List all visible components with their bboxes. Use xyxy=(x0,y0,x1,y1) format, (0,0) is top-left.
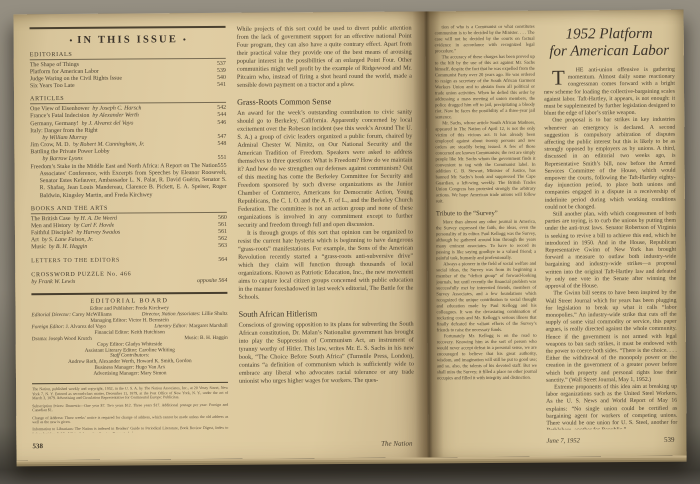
toc-item-page: 544 xyxy=(213,112,226,119)
toc-section-header-books: BOOKS AND THE ARTS xyxy=(31,204,227,213)
toc-item: Six Years Too Late541 xyxy=(30,82,226,90)
masthead-label: Foreign Editor: xyxy=(32,324,65,330)
editorial-subhead: Tribute to the “Survey” xyxy=(436,210,536,218)
page-number: 538 xyxy=(32,442,43,450)
toc-item-page: 541 xyxy=(213,82,226,89)
publication-name-footer: The Nation xyxy=(381,440,412,448)
toc-item-page: 546 xyxy=(213,119,226,126)
toc-item-page: 561 xyxy=(214,229,227,236)
publisher-fine-print: The Nation, published weekly and copyrig… xyxy=(32,382,228,433)
right-page-columns: tion of who is a Communist or what const… xyxy=(425,10,686,431)
crossword-page: opposite 564 xyxy=(197,278,227,285)
editorial-board-title: EDITORIAL BOARD xyxy=(31,297,227,305)
toc-item-page: 548 xyxy=(213,141,226,148)
editorial-subhead: South African Hitlerism xyxy=(239,309,414,319)
drop-cap: T xyxy=(544,67,568,85)
toc-item-page: 561 xyxy=(214,222,227,229)
feature-article-column: 1952 Platform for American Labor THE ant… xyxy=(544,23,678,430)
toc-title-text: IN THIS ISSUE xyxy=(77,34,178,46)
toc-item-page: 547 xyxy=(213,134,226,141)
toc-title: • IN THIS ISSUE • xyxy=(30,34,226,46)
toc-item: Musicby B. H. Haggin563 xyxy=(31,243,227,251)
in-this-issue-box: • IN THIS ISSUE • EDITORIALS The Shape o… xyxy=(30,26,228,287)
masthead-left: Drama: Joseph Wood Krutch xyxy=(32,336,92,342)
toc-item-page: 539 xyxy=(213,68,226,75)
body-paragraph: The accuracy of these charges has been p… xyxy=(435,54,535,121)
fine-print-paragraph: Subscription Prices: Domestic—One year $… xyxy=(32,402,228,413)
toc-item-title: Judge Waring on the Civil Rights Issue xyxy=(30,76,122,84)
body-paragraph: Mr. Sachs, whose article South African M… xyxy=(435,120,536,205)
editorial-board-box: EDITORIAL BOARD Editor and Publisher: Fr… xyxy=(31,292,228,378)
decorative-bullet: • xyxy=(183,35,186,44)
masthead-label: Literary Editor: xyxy=(154,323,187,329)
toc-item-page: 551 xyxy=(214,155,227,162)
left-page-footer: 538 The Nation xyxy=(32,440,412,451)
masthead-name: Margaret Marshall xyxy=(189,323,228,329)
toc-item-letters: LETTERS TO THE EDITORS564 xyxy=(31,257,227,265)
toc-item-conference-report: 555Freedom’s Stake in the Middle East an… xyxy=(30,163,226,200)
article-title-line2: for American Labor xyxy=(549,42,669,59)
toc-item-author: by Barrow Lyons xyxy=(42,156,82,163)
editorial-subhead: Grass-Roots Common Sense xyxy=(237,97,412,107)
toc-item-author: by Harvey Swados xyxy=(76,229,120,236)
toc-item-title: Music xyxy=(31,244,46,251)
toc-item-page: 562 xyxy=(214,236,227,243)
decorative-bullet: • xyxy=(69,36,72,45)
editorial-continuation-column: tion of who is a Communist or what const… xyxy=(435,24,538,431)
toc-section-header-articles: ARTICLES xyxy=(30,95,226,104)
body-paragraph: Always a pioneer in the field of social … xyxy=(436,261,537,334)
toc-item-page: 564 xyxy=(214,257,227,264)
body-paragraph: It is through groups of this sort that o… xyxy=(238,229,413,302)
body-paragraph: The Gwinn bill seems to have been inspir… xyxy=(545,290,677,385)
crossword-byline: by Frank W. Lewis xyxy=(31,279,75,286)
toc-section-header-editorials: EDITORIALS xyxy=(30,51,226,60)
left-page-columns: • IN THIS ISSUE • EDITORIALS The Shape o… xyxy=(13,11,428,433)
body-paragraph: One proposal is to bar strikes in key in… xyxy=(544,117,676,212)
left-page: • IN THIS ISSUE • EDITORIALS The Shape o… xyxy=(13,11,428,460)
toc-item-author: by B. H. Haggin xyxy=(49,244,88,251)
toc-item-title: Freedom’s Stake in the Middle East and N… xyxy=(30,163,226,199)
toc-item-title: Six Years Too Late xyxy=(30,83,75,90)
toc-item-page: 537 xyxy=(213,61,226,68)
toc-item-page: 542 xyxy=(213,105,226,112)
body-paragraph: While projects of this sort could be use… xyxy=(237,25,412,90)
toc-item-page: 563 xyxy=(214,243,227,250)
toc-item-author: by J. Alvarez del Vayo xyxy=(82,120,134,127)
right-page: tion of who is a Communist or what const… xyxy=(425,10,686,458)
toc-item-title: LETTERS TO THE EDITORS xyxy=(31,258,120,266)
body-paragraph: An award for the week’s outstanding cont… xyxy=(237,109,413,230)
editorial-text-column: While projects of this sort could be use… xyxy=(237,25,415,432)
masthead-right: Music: B. H. Haggin xyxy=(184,336,227,342)
body-paragraph: More than almost any other journal in Am… xyxy=(436,219,536,262)
body-paragraph: Conscious of growing opposition to its p… xyxy=(239,321,414,386)
body-paragraph: tion of who is a Communist or what const… xyxy=(435,24,535,55)
fine-print-paragraph: Change of Address: Three weeks’ notice i… xyxy=(32,414,228,425)
fine-print-paragraph: The Nation, published weekly and copyrig… xyxy=(32,386,228,401)
body-paragraph: THE anti-union offensive is gathering mo… xyxy=(544,67,675,118)
page-number: 539 xyxy=(664,436,675,444)
right-page-footer: June 7, 1952 539 xyxy=(438,436,674,446)
magazine-spread: • IN THIS ISSUE • EDITORIALS The Shape o… xyxy=(13,10,686,461)
fine-print-paragraph: Information to Librarians: The Nation is… xyxy=(32,426,228,433)
body-paragraph: Fortunately Mr. Kellogg is on the road t… xyxy=(437,333,537,382)
masthead-name: Lillie Shultz xyxy=(202,311,228,317)
masthead-label: Editorial Director: xyxy=(32,312,71,318)
body-paragraph: Extreme proponents of this idea aim at b… xyxy=(546,384,677,431)
masthead-right: Literary Editor: Margaret Marshall xyxy=(154,324,227,330)
toc-item-page: 540 xyxy=(213,75,226,82)
masthead-line: Advertising Manager: Mary Simon xyxy=(32,371,228,378)
body-paragraph: Still another plan, with which congressm… xyxy=(545,211,677,291)
article-title-line1: 1952 Platform xyxy=(566,26,653,43)
crossword-byline-row: by Frank W. Lewisopposite 564 xyxy=(31,278,227,286)
toc-item-title: Art xyxy=(31,237,39,244)
issue-date-footer: June 7, 1952 xyxy=(546,437,579,444)
toc-item-page: 560 xyxy=(214,214,227,221)
article-title: 1952 Platform for American Labor xyxy=(544,26,675,60)
toc-column: • IN THIS ISSUE • EDITORIALS The Shape o… xyxy=(30,26,229,433)
